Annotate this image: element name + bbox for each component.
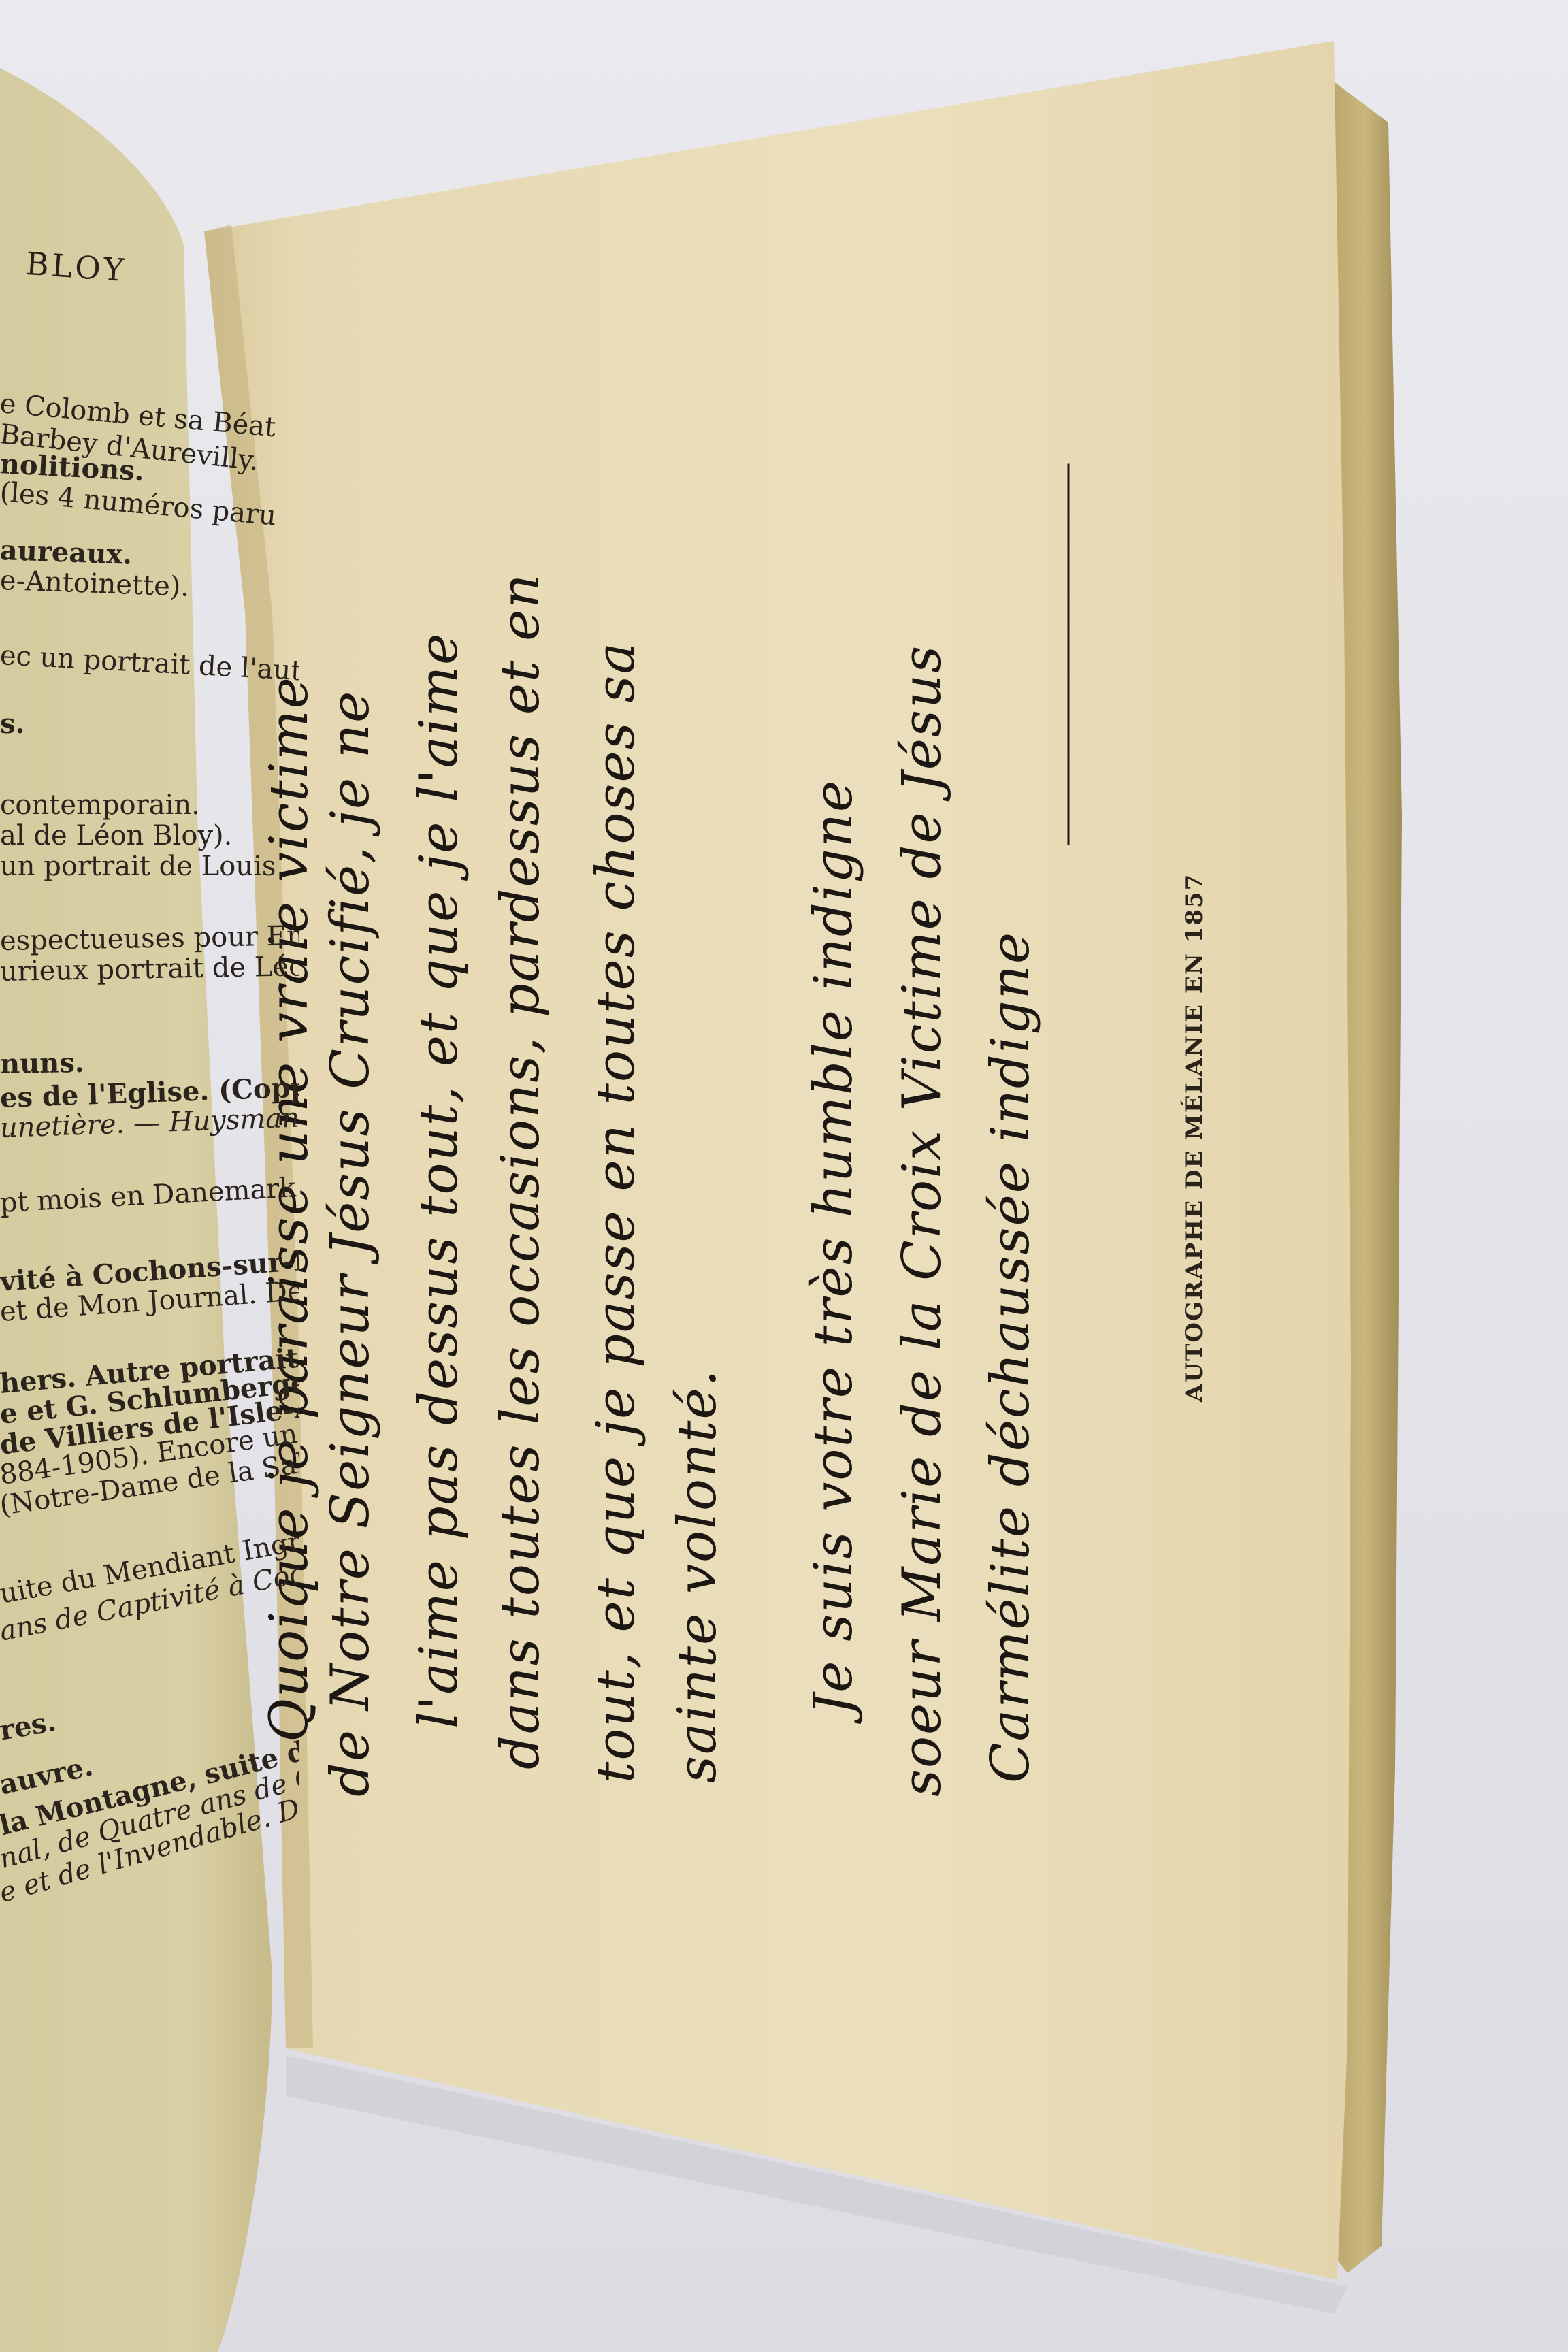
text-line: al de Léon Bloy).: [0, 820, 232, 851]
text-line: nuns.: [0, 1047, 84, 1080]
handwriting-line: Carmélite déchaussée indigne: [980, 931, 1041, 1783]
book-photo: Quoique je paraisse une vraie victime de…: [0, 0, 1568, 2352]
text-line: res.: [0, 1705, 59, 1747]
handwriting-line: sainte volonté.: [667, 1369, 728, 1783]
running-head: BLOY: [24, 245, 128, 289]
plate-caption: AUTOGRAPHE DE MÉLANIE EN 1857: [1181, 873, 1208, 1402]
text-line: e-Antoinette).: [0, 565, 190, 603]
text-line: s.: [0, 708, 24, 740]
text-line: contemporain.: [0, 789, 200, 821]
handwriting-line: Je suis votre très humble indigne: [803, 779, 864, 1715]
handwriting-line: dans toutes les occasions, pardessus et …: [490, 572, 551, 1769]
text-line: pt mois en Danemark: [0, 1172, 297, 1219]
ink-underline: [1068, 464, 1070, 845]
handwriting-line: tout, et que je passe en toutes choses s…: [585, 641, 647, 1783]
handwriting-line: l'aime pas dessus tout, et que je l'aime: [408, 632, 470, 1729]
text-line: urieux portrait de Léon: [0, 951, 299, 987]
text-line: ec un portrait de l'aut: [0, 640, 299, 687]
handwriting-line: soeur Marie de la Croix Victime de Jésus: [892, 644, 953, 1797]
text-line: un portrait de Louis: [0, 851, 276, 882]
left-page: BLOY e Colomb et sa Béat Barbey d'Aurevi…: [0, 0, 299, 2352]
handwriting-line: de Notre Seigneur Jésus Crucifié, je ne: [320, 690, 381, 1797]
